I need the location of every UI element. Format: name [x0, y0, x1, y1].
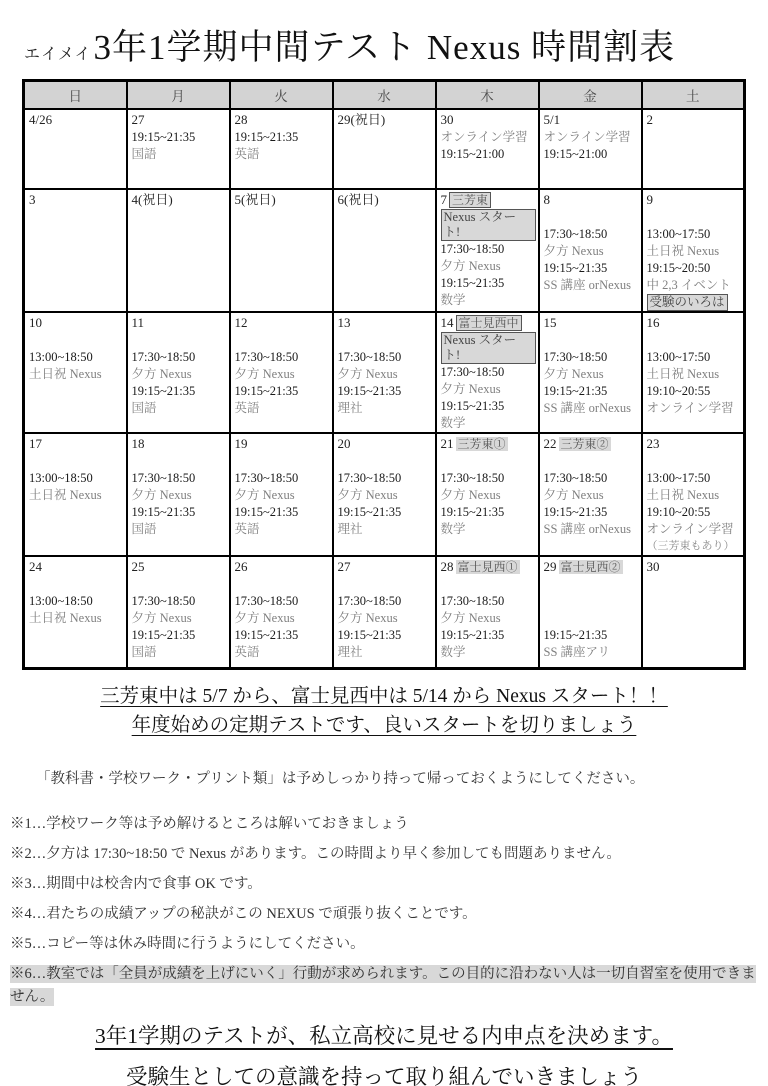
cell-line: 13:00~17:50 [647, 226, 742, 243]
cell-line: 夕方 Nexus [235, 610, 330, 627]
cell-line: 19:15~21:35 [338, 627, 433, 644]
cell-line [132, 332, 227, 349]
day-cell: 8 17:30~18:50夕方 Nexus19:15~21:35SS 講座 or… [539, 189, 642, 312]
note-5: ※5…コピー等は休み時間に行うようにしてください。 [10, 933, 762, 956]
cell-line: 土日祝 Nexus [647, 243, 742, 260]
cell-line: 17:30~18:50 [544, 470, 639, 487]
cell-line: 19:10~20:55 [647, 504, 742, 521]
cell-line [544, 453, 639, 470]
cell-line: 理社 [338, 400, 433, 417]
day-number: 30 [441, 112, 454, 127]
cell-line: 19:15~21:35 [235, 129, 330, 146]
cell-line [544, 576, 639, 593]
cell-line: 17:30~18:50 [441, 470, 536, 487]
note-6-highlight: ※6…教室では「全員が成績を上げにいく」行動が求められます。この目的に沿わない人… [10, 965, 756, 1006]
cell-line: 19:10~20:55 [647, 383, 742, 400]
cell-line: 国語 [132, 521, 227, 538]
day-cell: 22三芳東② 17:30~18:50夕方 Nexus19:15~21:35SS … [539, 433, 642, 556]
day-cell: 2 [642, 109, 745, 189]
cell-line [235, 453, 330, 470]
cell-line: 13:00~18:50 [29, 470, 124, 487]
weekday-cell: 火 [230, 81, 333, 110]
week-row: 24 13:00~18:50土日祝 Nexus25 17:30~18:50夕方 … [24, 556, 745, 669]
cell-line: 受験のいろは [647, 294, 742, 311]
cell-line: 英語 [235, 521, 330, 538]
day-cell: 7三芳東Nexus スタート!17:30~18:50夕方 Nexus19:15~… [436, 189, 539, 312]
cell-line: 19:15~21:35 [441, 504, 536, 521]
day-cell: 28富士見西① 17:30~18:50夕方 Nexus19:15~21:35数学 [436, 556, 539, 669]
cell-line: 13:00~18:50 [29, 593, 124, 610]
footer-block: 3年1学期のテストが、私立高校に見せる内申点を決めます。 受験生としての意識を持… [0, 1021, 768, 1086]
day-number: 5(祝日) [235, 192, 276, 207]
cell-line: 19:15~21:35 [338, 504, 433, 521]
footer-line-2: 受験生としての意識を持って取り組んでいきましょう [0, 1062, 768, 1086]
cell-line [338, 332, 433, 349]
cell-line [647, 332, 742, 349]
day-cell: 6(祝日) [333, 189, 436, 312]
cell-line [29, 453, 124, 470]
day-number: 21 [441, 436, 454, 451]
day-number: 28 [235, 112, 248, 127]
cell-line: 夕方 Nexus [338, 366, 433, 383]
day-cell: 25 17:30~18:50夕方 Nexus19:15~21:35国語 [127, 556, 230, 669]
notice-line-1: 三芳東中は 5/7 から、富士見西中は 5/14 から Nexus スタート！！ [0, 682, 768, 711]
calendar-body: 4/262719:15~21:35国語2819:15~21:35英語29(祝日)… [24, 109, 745, 669]
cell-line: 理社 [338, 521, 433, 538]
cell-line [647, 453, 742, 470]
cell-line: 13:00~17:50 [647, 349, 742, 366]
day-number: 23 [647, 436, 660, 451]
day-cell: 15 17:30~18:50夕方 Nexus19:15~21:35SS 講座 o… [539, 312, 642, 433]
cell-line: 土日祝 Nexus [29, 366, 124, 383]
cell-line: 数学 [441, 292, 536, 309]
cell-line: 英語 [235, 644, 330, 661]
day-cell: 11 17:30~18:50夕方 Nexus19:15~21:35国語 [127, 312, 230, 433]
day-number: 16 [647, 315, 660, 330]
notice-block: 三芳東中は 5/7 から、富士見西中は 5/14 から Nexus スタート！！… [0, 682, 768, 740]
day-number: 27 [338, 559, 351, 574]
day-number: 25 [132, 559, 145, 574]
cell-line: オンライン学習 [647, 521, 742, 538]
day-badge: 富士見西中 [456, 315, 522, 331]
cell-line: Nexus スタート! [441, 332, 536, 364]
calendar-table: 日月火水木金土 4/262719:15~21:35国語2819:15~21:35… [22, 79, 746, 670]
day-number: 14 [441, 315, 454, 330]
cell-line [544, 610, 639, 627]
cell-line: 19:15~21:35 [441, 398, 536, 415]
day-cell: 30 [642, 556, 745, 669]
cell-line: 17:30~18:50 [132, 349, 227, 366]
cell-line [441, 453, 536, 470]
cell-line: 夕方 Nexus [235, 366, 330, 383]
day-number: 3 [29, 192, 36, 207]
day-cell: 24 13:00~18:50土日祝 Nexus [24, 556, 127, 669]
day-badge: 富士見西① [456, 560, 520, 574]
day-number: 15 [544, 315, 557, 330]
cell-line: 国語 [132, 146, 227, 163]
day-number: 24 [29, 559, 42, 574]
day-cell: 23 13:00~17:50土日祝 Nexus19:10~20:55オンライン学… [642, 433, 745, 556]
weekday-cell: 水 [333, 81, 436, 110]
cell-line: 19:15~21:35 [235, 627, 330, 644]
day-number: 10 [29, 315, 42, 330]
week-row: 4/262719:15~21:35国語2819:15~21:35英語29(祝日)… [24, 109, 745, 189]
day-cell: 2719:15~21:35国語 [127, 109, 230, 189]
title-prefix: エイメイ [24, 41, 92, 64]
cell-line: 夕方 Nexus [441, 258, 536, 275]
day-number: 30 [647, 559, 660, 574]
day-cell: 5/1オンライン学習19:15~21:00 [539, 109, 642, 189]
day-number: 19 [235, 436, 248, 451]
day-number: 4/26 [29, 112, 52, 127]
cell-line: 数学 [441, 415, 536, 432]
day-number: 28 [441, 559, 454, 574]
footer-line-1: 3年1学期のテストが、私立高校に見せる内申点を決めます。 [0, 1021, 768, 1051]
notes-list: ※1…学校ワーク等は予め解けるところは解いておきましょう ※2…夕方は 17:3… [10, 813, 762, 1008]
cell-line: 英語 [235, 146, 330, 163]
cell-line: 17:30~18:50 [544, 226, 639, 243]
cell-line: 19:15~21:35 [235, 383, 330, 400]
cell-line: 17:30~18:50 [338, 593, 433, 610]
cell-line: 夕方 Nexus [544, 487, 639, 504]
note-6: ※6…教室では「全員が成績を上げにいく」行動が求められます。この目的に沿わない人… [10, 963, 762, 1008]
day-cell: 27 17:30~18:50夕方 Nexus19:15~21:35理社 [333, 556, 436, 669]
day-cell: 30オンライン学習19:15~21:00 [436, 109, 539, 189]
cell-line: 17:30~18:50 [441, 241, 536, 258]
cell-line: 土日祝 Nexus [29, 487, 124, 504]
day-number: 22 [544, 436, 557, 451]
cell-line [544, 593, 639, 610]
cell-line [338, 576, 433, 593]
day-cell: 2819:15~21:35英語 [230, 109, 333, 189]
day-badge: 三芳東② [559, 437, 611, 451]
day-cell: 26 17:30~18:50夕方 Nexus19:15~21:35英語 [230, 556, 333, 669]
day-number: 4(祝日) [132, 192, 173, 207]
cell-line: 13:00~18:50 [29, 349, 124, 366]
day-cell: 18 17:30~18:50夕方 Nexus19:15~21:35国語 [127, 433, 230, 556]
day-number: 26 [235, 559, 248, 574]
cell-line: 19:15~21:35 [132, 627, 227, 644]
weekday-row: 日月火水木金土 [24, 81, 745, 110]
note-3: ※3…期間中は校舎内で食事 OK です。 [10, 873, 762, 896]
day-cell: 3 [24, 189, 127, 312]
cell-line: 夕方 Nexus [441, 610, 536, 627]
day-cell: 4(祝日) [127, 189, 230, 312]
cell-line: 夕方 Nexus [544, 366, 639, 383]
day-badge: 三芳東① [456, 437, 508, 451]
cell-line: オンライン学習 [647, 400, 742, 417]
cell-line: SS 講座 orNexus [544, 277, 639, 294]
weekday-cell: 月 [127, 81, 230, 110]
cell-line: 夕方 Nexus [544, 243, 639, 260]
day-number: 27 [132, 112, 145, 127]
cell-line: 19:15~21:35 [441, 275, 536, 292]
textbook-paragraph: 「教科書・学校ワーク・プリント類」は予めしっかり持って帰っておくようにしてくださ… [36, 767, 760, 788]
cell-line: 夕方 Nexus [338, 487, 433, 504]
weekday-cell: 土 [642, 81, 745, 110]
day-number: 2 [647, 112, 654, 127]
weekday-cell: 日 [24, 81, 127, 110]
day-cell: 19 17:30~18:50夕方 Nexus19:15~21:35英語 [230, 433, 333, 556]
cell-line: 数学 [441, 644, 536, 661]
day-cell: 13 17:30~18:50夕方 Nexus19:15~21:35理社 [333, 312, 436, 433]
cell-line: SS 講座 orNexus [544, 400, 639, 417]
cell-line: 英語 [235, 400, 330, 417]
cell-line: 17:30~18:50 [235, 349, 330, 366]
cell-line: Nexus スタート! [441, 209, 536, 241]
cell-line [132, 576, 227, 593]
cell-line [132, 453, 227, 470]
cell-line: 19:15~21:35 [544, 627, 639, 644]
cell-line [647, 209, 742, 226]
cell-line: 17:30~18:50 [235, 470, 330, 487]
weekday-cell: 金 [539, 81, 642, 110]
cell-line: 17:30~18:50 [338, 470, 433, 487]
cell-line: 17:30~18:50 [132, 593, 227, 610]
cell-line: 19:15~21:35 [235, 504, 330, 521]
week-row: 10 13:00~18:50土日祝 Nexus11 17:30~18:50夕方 … [24, 312, 745, 433]
day-cell: 12 17:30~18:50夕方 Nexus19:15~21:35英語 [230, 312, 333, 433]
cell-line: SS 講座アリ [544, 644, 639, 661]
note-1: ※1…学校ワーク等は予め解けるところは解いておきましょう [10, 813, 762, 836]
cell-line [544, 209, 639, 226]
day-number: 7 [441, 192, 448, 207]
day-badge: 三芳東 [449, 192, 491, 208]
cell-line: 夕方 Nexus [132, 487, 227, 504]
cell-line: （三芳東もあり） [647, 538, 742, 555]
cell-line [544, 332, 639, 349]
cell-line [441, 576, 536, 593]
cell-line: 夕方 Nexus [235, 487, 330, 504]
day-cell: 21三芳東① 17:30~18:50夕方 Nexus19:15~21:35数学 [436, 433, 539, 556]
cell-line: 19:15~21:00 [544, 146, 639, 163]
day-number: 12 [235, 315, 248, 330]
day-cell: 4/26 [24, 109, 127, 189]
day-number: 13 [338, 315, 351, 330]
cell-line: 19:15~20:50 [647, 260, 742, 277]
cell-line: 13:00~17:50 [647, 470, 742, 487]
day-cell: 29富士見西② 19:15~21:35SS 講座アリ [539, 556, 642, 669]
day-badge: 富士見西② [559, 560, 623, 574]
cell-line: 19:15~21:35 [441, 627, 536, 644]
day-number: 29 [544, 559, 557, 574]
cell-line: 土日祝 Nexus [647, 366, 742, 383]
cell-line: 土日祝 Nexus [29, 610, 124, 627]
cell-line: 17:30~18:50 [544, 349, 639, 366]
cell-line: 理社 [338, 644, 433, 661]
cell-line: 19:15~21:35 [544, 260, 639, 277]
cell-line: 夕方 Nexus [441, 487, 536, 504]
cell-line: 中 2,3 イベント [647, 277, 742, 294]
notice-line-2: 年度始めの定期テストです、良いスタートを切りましょう [0, 711, 768, 740]
title-main: 3年1学期中間テスト Nexus 時間割表 [94, 20, 676, 70]
cell-line: SS 講座 orNexus [544, 521, 639, 538]
day-number: 6(祝日) [338, 192, 379, 207]
cell-line: 19:15~21:00 [441, 146, 536, 163]
cell-line: オンライン学習 [544, 129, 639, 146]
cell-line: オンライン学習 [441, 129, 536, 146]
boxed-note: Nexus スタート! [441, 209, 536, 241]
day-cell: 17 13:00~18:50土日祝 Nexus [24, 433, 127, 556]
cell-line: 17:30~18:50 [441, 364, 536, 381]
cell-line: 19:15~21:35 [132, 129, 227, 146]
cell-line: 夕方 Nexus [441, 381, 536, 398]
day-cell: 16 13:00~17:50土日祝 Nexus19:10~20:55オンライン学… [642, 312, 745, 433]
boxed-note: 受験のいろは [647, 294, 728, 311]
day-number: 11 [132, 315, 145, 330]
day-cell: 5(祝日) [230, 189, 333, 312]
page-title: エイメイ 3年1学期中間テスト Nexus 時間割表 [0, 0, 768, 70]
cell-line: 17:30~18:50 [338, 349, 433, 366]
cell-line: 夕方 Nexus [132, 610, 227, 627]
week-row: 17 13:00~18:50土日祝 Nexus18 17:30~18:50夕方 … [24, 433, 745, 556]
day-number: 5/1 [544, 112, 561, 127]
cell-line: 夕方 Nexus [338, 610, 433, 627]
day-cell: 10 13:00~18:50土日祝 Nexus [24, 312, 127, 433]
day-cell: 20 17:30~18:50夕方 Nexus19:15~21:35理社 [333, 433, 436, 556]
cell-line [235, 576, 330, 593]
cell-line: 19:15~21:35 [132, 383, 227, 400]
cell-line: 国語 [132, 644, 227, 661]
cell-line [29, 332, 124, 349]
day-number: 20 [338, 436, 351, 451]
day-number: 17 [29, 436, 42, 451]
weekday-cell: 木 [436, 81, 539, 110]
cell-line: 19:15~21:35 [544, 504, 639, 521]
day-cell: 14富士見西中Nexus スタート!17:30~18:50夕方 Nexus19:… [436, 312, 539, 433]
boxed-note: Nexus スタート! [441, 332, 536, 364]
day-number: 18 [132, 436, 145, 451]
day-number: 9 [647, 192, 654, 207]
cell-line: 17:30~18:50 [132, 470, 227, 487]
note-4: ※4…君たちの成績アップの秘訣がこの NEXUS で頑張り抜くことです。 [10, 903, 762, 926]
cell-line: 17:30~18:50 [441, 593, 536, 610]
cell-line: 17:30~18:50 [235, 593, 330, 610]
cell-line: 夕方 Nexus [132, 366, 227, 383]
cell-line [235, 332, 330, 349]
cell-line: 19:15~21:35 [544, 383, 639, 400]
day-number: 8 [544, 192, 551, 207]
cell-line: 19:15~21:35 [338, 383, 433, 400]
day-cell: 29(祝日) [333, 109, 436, 189]
cell-line: 土日祝 Nexus [647, 487, 742, 504]
cell-line [338, 453, 433, 470]
cell-line: 国語 [132, 400, 227, 417]
cell-line: 19:15~21:35 [132, 504, 227, 521]
week-row: 34(祝日)5(祝日)6(祝日)7三芳東Nexus スタート!17:30~18:… [24, 189, 745, 312]
day-cell: 9 13:00~17:50土日祝 Nexus19:15~20:50中 2,3 イ… [642, 189, 745, 312]
cell-line [29, 576, 124, 593]
day-number: 29(祝日) [338, 112, 386, 127]
note-2: ※2…夕方は 17:30~18:50 で Nexus があります。この時間より早… [10, 843, 762, 866]
cell-line: 数学 [441, 521, 536, 538]
